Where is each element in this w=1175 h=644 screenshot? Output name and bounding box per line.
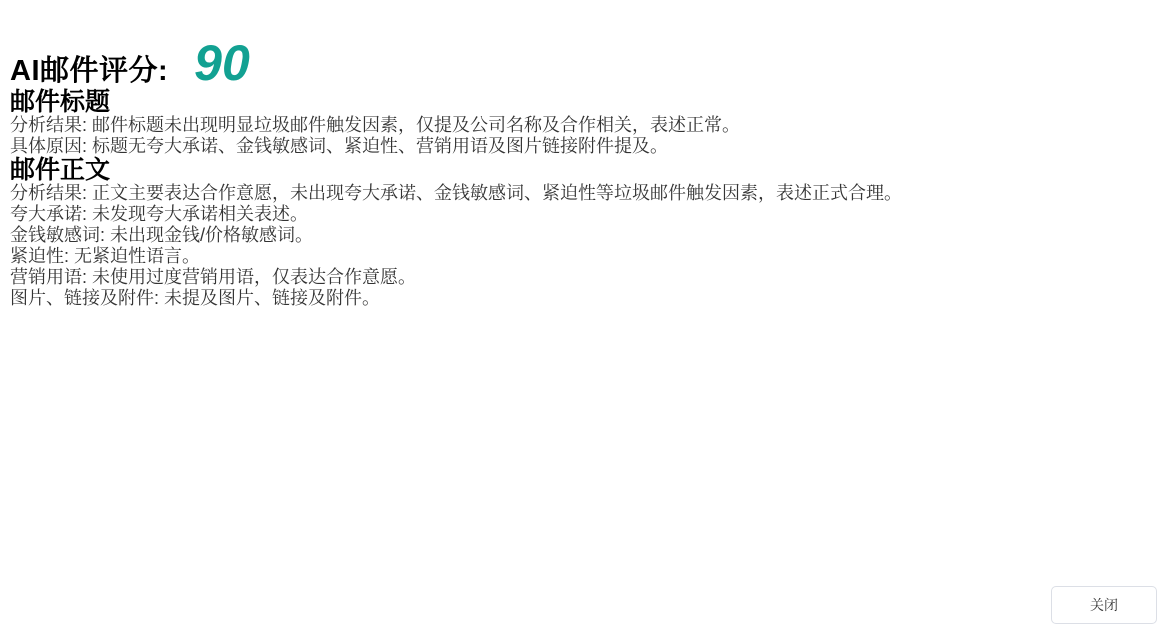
close-button[interactable]: 关闭 xyxy=(1051,586,1157,624)
score-dialog: AI邮件评分: 90 邮件标题 分析结果: 邮件标题未出现明显垃圾邮件触发因素，… xyxy=(0,38,1175,309)
body-item-money-sensitive-words: 金钱敏感词: 未出现金钱/价格敏感词。 xyxy=(10,225,1151,246)
body-analysis-result: 分析结果: 正文主要表达合作意愿，未出现夸大承诺、金钱敏感词、紧迫性等垃圾邮件触… xyxy=(10,183,1151,204)
subject-analysis-result: 分析结果: 邮件标题未出现明显垃圾邮件触发因素，仅提及公司名称及合作相关，表述正… xyxy=(10,115,1151,136)
section-heading-body: 邮件正文 xyxy=(10,157,1151,183)
subject-specific-reason: 具体原因: 标题无夸大承诺、金钱敏感词、紧迫性、营销用语及图片链接附件提及。 xyxy=(10,136,1151,157)
body-item-urgency: 紧迫性: 无紧迫性语言。 xyxy=(10,246,1151,267)
page-title: AI邮件评分: xyxy=(10,48,168,89)
body-item-marketing-language: 营销用语: 未使用过度营销用语，仅表达合作意愿。 xyxy=(10,267,1151,288)
section-heading-subject: 邮件标题 xyxy=(10,89,1151,115)
body-item-exaggerated-promise: 夸大承诺: 未发现夸大承诺相关表述。 xyxy=(10,204,1151,225)
score-value: 90 xyxy=(194,38,250,88)
body-item-images-links-attachments: 图片、链接及附件: 未提及图片、链接及附件。 xyxy=(10,288,1151,309)
score-header: AI邮件评分: 90 xyxy=(10,38,1151,89)
